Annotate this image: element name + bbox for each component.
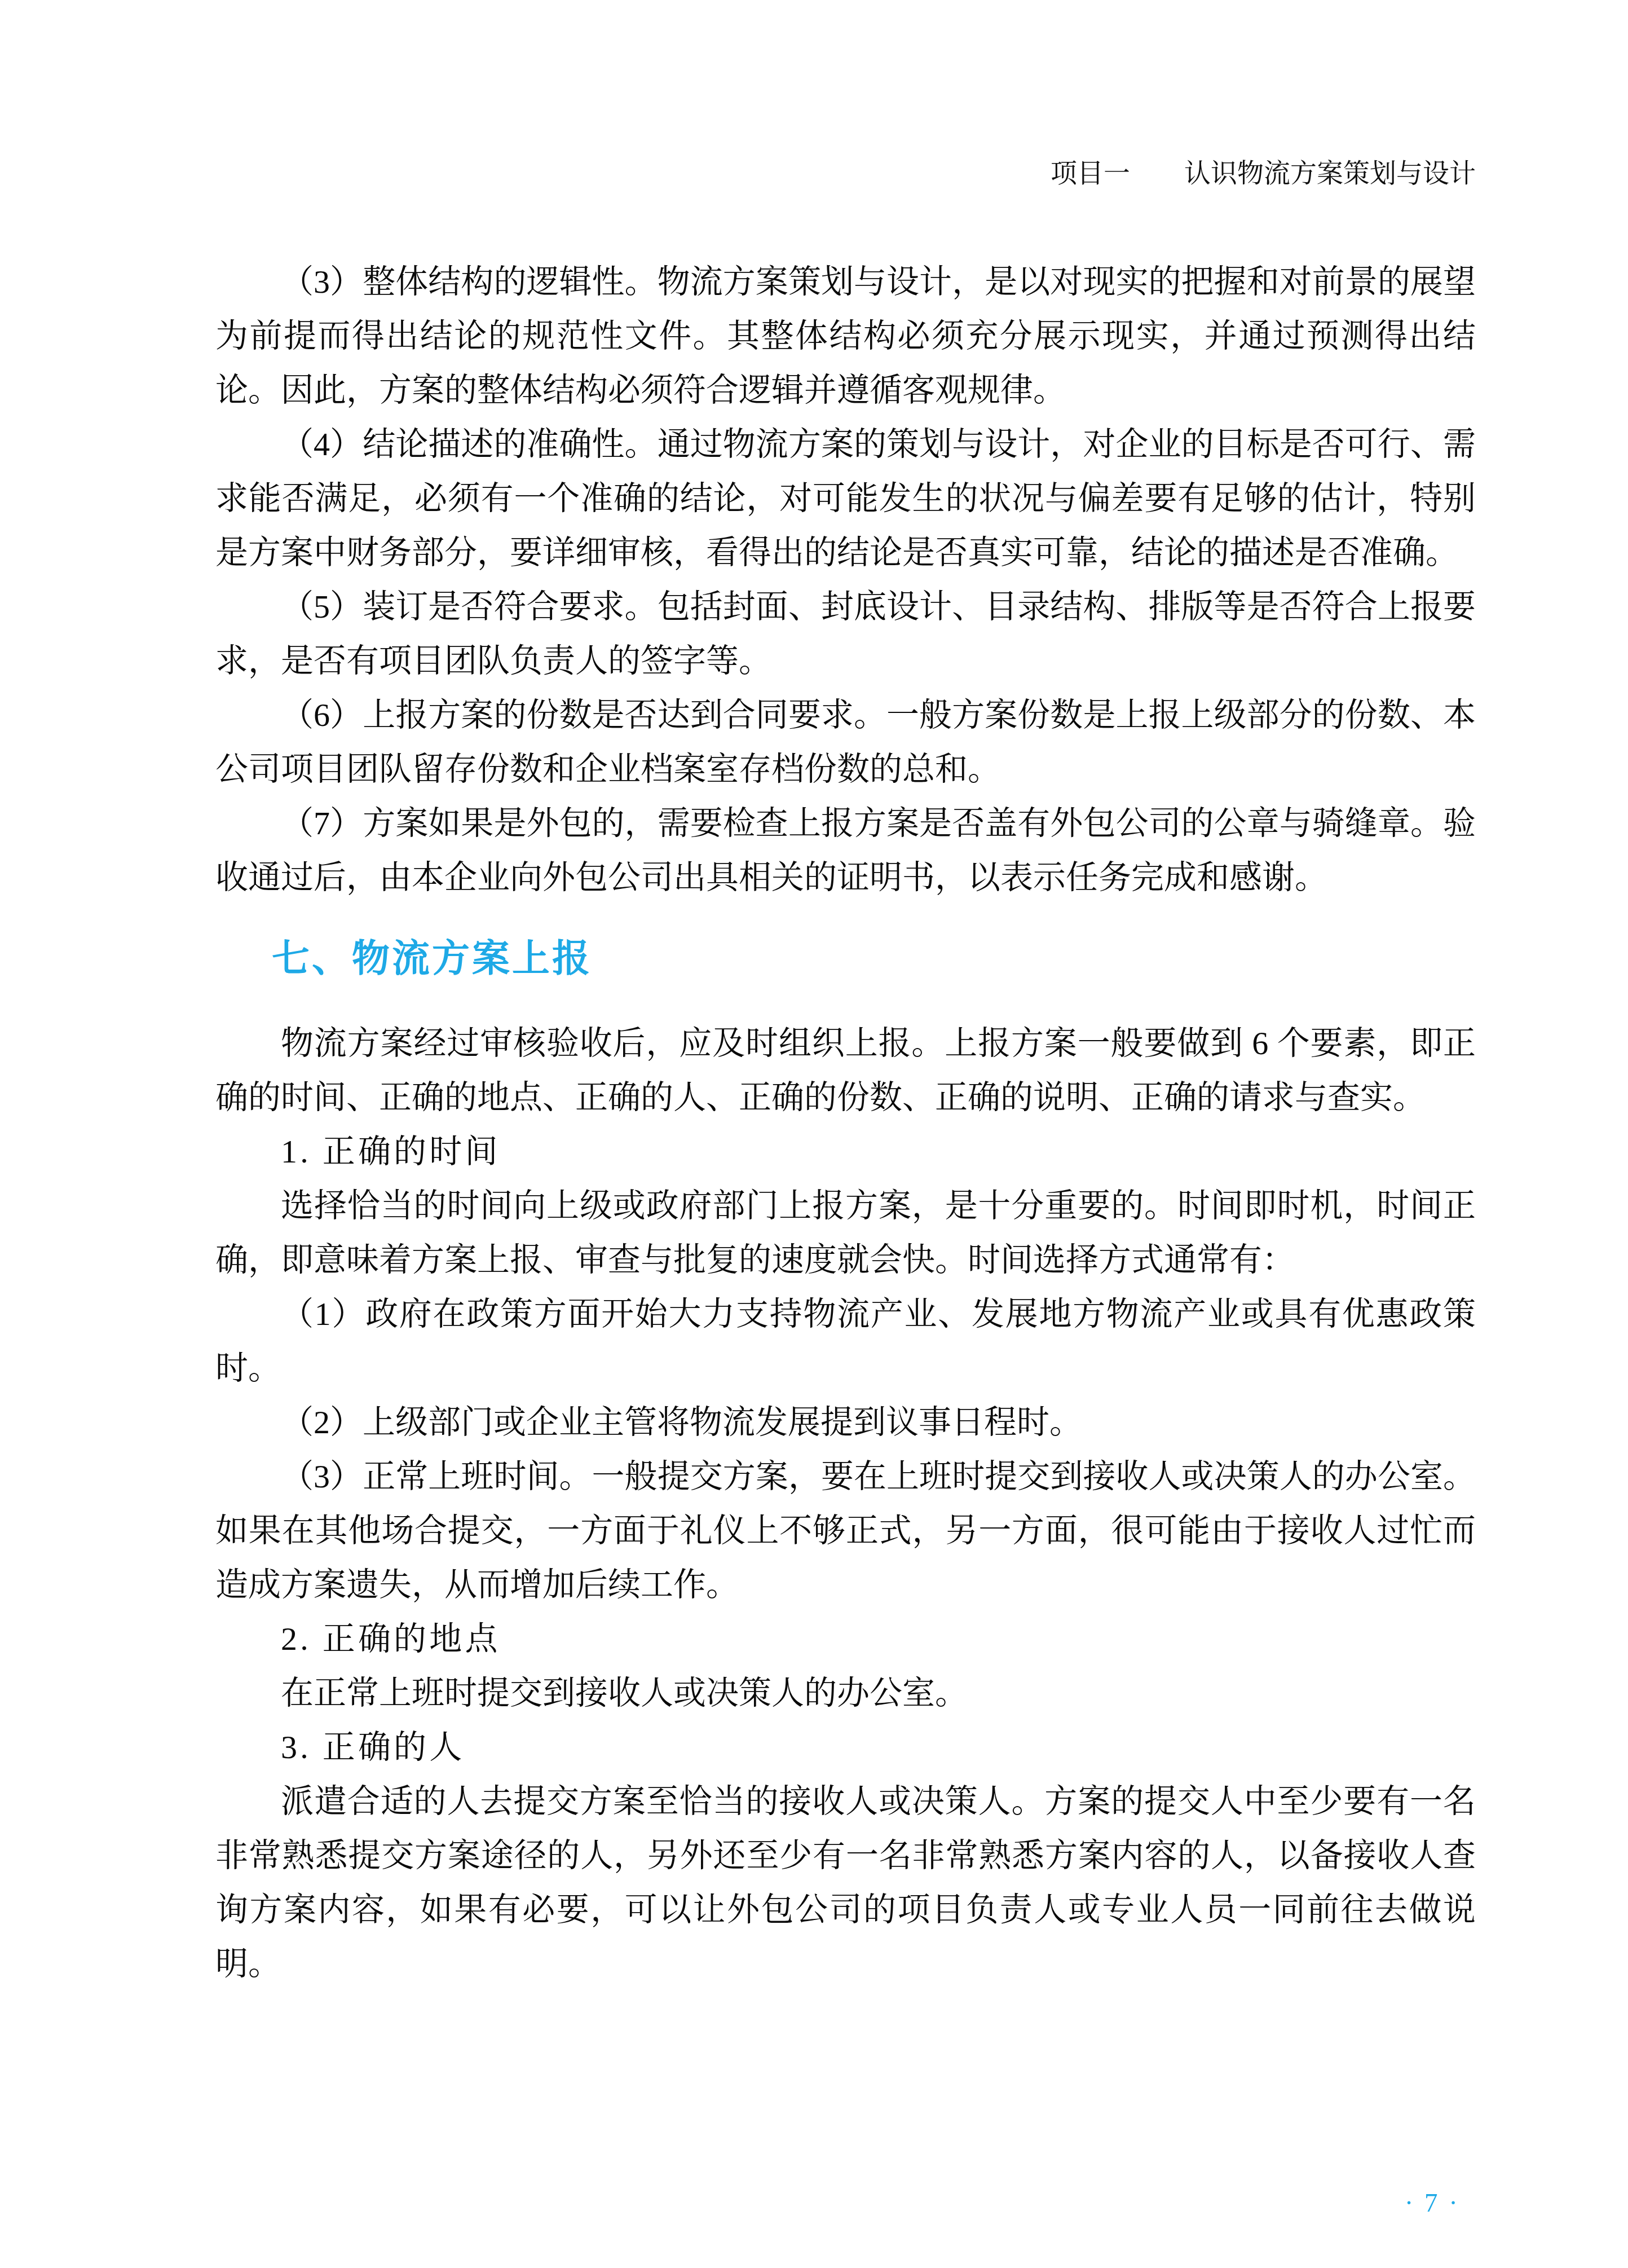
paragraph: 选择恰当的时间向上级或政府部门上报方案，是十分重要的。时间即时机，时间正确，即意… — [215, 1179, 1476, 1287]
paragraph: （3）正常上班时间。一般提交方案，要在上班时提交到接收人或决策人的办公室。如果在… — [215, 1450, 1476, 1612]
page-number: · 7 · — [1405, 2188, 1460, 2218]
header-title: 认识物流方案策划与设计 — [1184, 157, 1476, 190]
paragraph: （7）方案如果是外包的，需要检查上报方案是否盖有外包公司的公章与骑缝章。验收通过… — [215, 796, 1476, 905]
sub-heading: 3. 正确的人 — [215, 1720, 1476, 1774]
paragraph: 在正常上班时提交到接收人或决策人的办公室。 — [215, 1666, 1476, 1720]
running-head: 项目一 认识物流方案策划与设计 — [215, 157, 1476, 190]
header-chapter: 项目一 — [1051, 157, 1130, 190]
paragraph: （2）上级部门或企业主管将物流发展提到议事日程时。 — [215, 1395, 1476, 1450]
document-page: 项目一 认识物流方案策划与设计 （3）整体结构的逻辑性。物流方案策划与设计，是以… — [0, 0, 1628, 2268]
paragraph: 派遣合适的人去提交方案至恰当的接收人或决策人。方案的提交人中至少要有一名非常熟悉… — [215, 1774, 1476, 1991]
paragraph: （3）整体结构的逻辑性。物流方案策划与设计，是以对现实的把握和对前景的展望为前提… — [215, 255, 1476, 417]
page-body-text: （3）整体结构的逻辑性。物流方案策划与设计，是以对现实的把握和对前景的展望为前提… — [215, 255, 1476, 1991]
sub-heading: 1. 正确的时间 — [215, 1125, 1476, 1179]
paragraph: （1）政府在政策方面开始大力支持物流产业、发展地方物流产业或具有优惠政策时。 — [215, 1287, 1476, 1395]
paragraph: 物流方案经过审核验收后，应及时组织上报。上报方案一般要做到 6 个要素，即正确的… — [215, 1016, 1476, 1125]
paragraph: （5）装订是否符合要求。包括封面、封底设计、目录结构、排版等是否符合上报要求，是… — [215, 580, 1476, 688]
paragraph: （4）结论描述的准确性。通过物流方案的策划与设计，对企业的目标是否可行、需求能否… — [215, 417, 1476, 580]
paragraph: （6）上报方案的份数是否达到合同要求。一般方案份数是上报上级部分的份数、本公司项… — [215, 688, 1476, 796]
sub-heading: 2. 正确的地点 — [215, 1612, 1476, 1666]
section-heading: 七、物流方案上报 — [215, 936, 1476, 981]
